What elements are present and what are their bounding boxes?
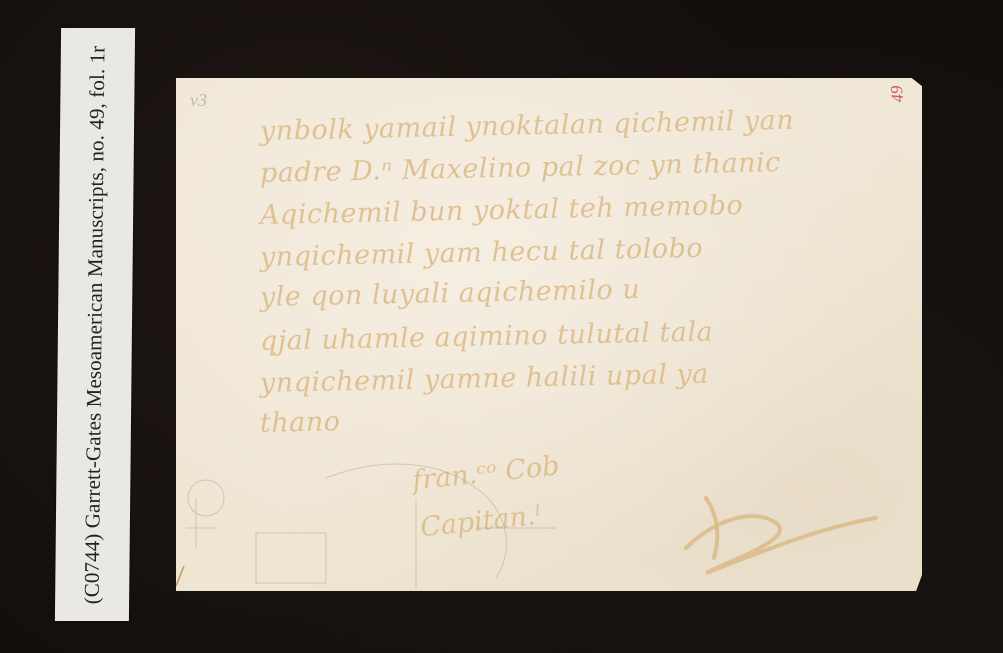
manuscript-line: ynbolk yamail ynoktalan qichemil yan — [260, 105, 795, 147]
manuscript-line: qjal uhamle aqimino tulutal tala — [260, 317, 714, 357]
manuscript-line: padre D.ⁿ Maxelino pal zoc yn thanic — [260, 147, 781, 189]
manuscript-line: ynqichemil yamne halili upal ya — [260, 359, 709, 399]
catalog-label: (C0744) Garrett-Gates Mesoamerican Manus… — [55, 28, 135, 621]
signature-flourish-icon — [646, 478, 886, 588]
catalog-label-text: (C0744) Garrett-Gates Mesoamerican Manus… — [80, 45, 111, 604]
ink-tick-icon — [174, 564, 186, 588]
manuscript-folio: v3 49 ynbolk yamail ynoktalan qichemil y… — [176, 78, 922, 591]
manuscript-line: Aqichemil bun yoktal teh memobo — [260, 190, 744, 231]
pencil-sketch-icon — [176, 438, 596, 588]
pencil-annotation: v3 — [190, 90, 207, 111]
manuscript-line: ynqichemil yam hecu tal tolobo — [260, 233, 704, 273]
folio-number: 49 — [887, 85, 908, 104]
manuscript-line: thano — [260, 406, 341, 439]
manuscript-line: yle qon luyali aqichemilo u — [260, 274, 641, 313]
